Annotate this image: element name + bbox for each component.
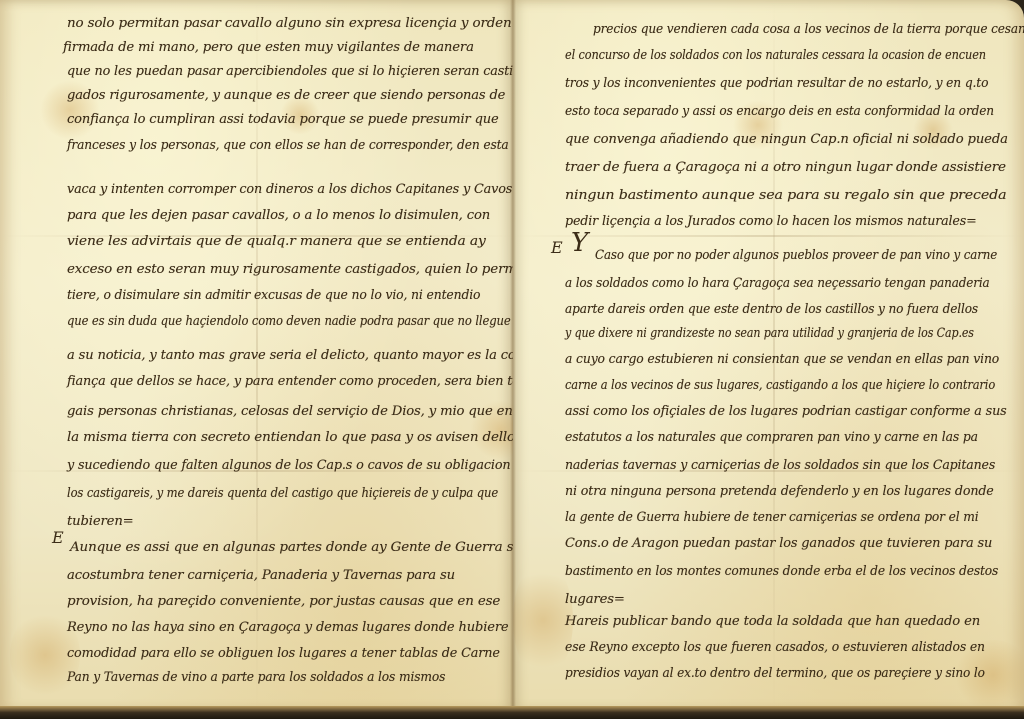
text-line: a los soldados como lo hara Çaragoça sea… xyxy=(565,274,990,294)
text-line: traer de fuera a Çaragoça ni a otro ning… xyxy=(565,158,1006,178)
text-line: a cuyo cargo estubieren ni consientan qu… xyxy=(565,350,999,370)
manuscript-spread: no solo permitan pasar cavallo alguno si… xyxy=(0,0,1024,719)
text-line: a su noticia, y tanto mas grave seria el… xyxy=(67,346,513,366)
text-line: Caso que por no poder algunos pueblos pr… xyxy=(595,246,997,266)
text-line: que es sin duda que haçiendolo como deve… xyxy=(67,312,511,332)
fold-line xyxy=(513,235,1024,237)
text-line: que convenga añadiendo que ningun Cap.n … xyxy=(565,130,1008,150)
text-line: Cons.o de Aragon puedan pastar los ganad… xyxy=(565,534,992,554)
text-line: lugares= xyxy=(565,590,625,610)
left-page: no solo permitan pasar cavallo alguno si… xyxy=(0,0,513,712)
text-line: estatutos a los naturales que compraren … xyxy=(565,428,978,448)
text-line: tubieren= xyxy=(67,512,134,532)
text-line: viene les advirtais que de qualq.r maner… xyxy=(67,232,486,252)
text-line: la gente de Guerra hubiere de tener carn… xyxy=(565,508,979,528)
text-line: que no les puedan pasar apercibiendoles … xyxy=(67,62,513,82)
text-line: ningun bastimento aunque sea para su reg… xyxy=(565,186,1006,206)
text-line: tiere, o disimulare sin admitir excusas … xyxy=(67,286,480,306)
text-line: vaca y intenten corromper con dineros a … xyxy=(67,180,512,200)
text-line: Hareis publicar bando que toda la soldad… xyxy=(565,612,980,632)
text-line: fiança que dellos se hace, y para entend… xyxy=(67,372,513,392)
text-line: Pan y Tavernas de vino a parte para los … xyxy=(67,668,445,688)
text-line: provision, ha pareçido conveniente, por … xyxy=(67,592,500,612)
text-line: gais personas christianas, celosas del s… xyxy=(67,402,513,422)
text-line: tros y los inconvenientes que podrian re… xyxy=(565,74,988,94)
text-line: franceses y los personas, que con ellos … xyxy=(67,136,509,156)
text-line: naderias tavernas y carniçerias de los s… xyxy=(565,456,995,476)
right-page: precios que vendieren cada cosa a los ve… xyxy=(513,0,1024,712)
text-line: assi como los ofiçiales de los lugares p… xyxy=(565,402,1007,422)
text-line: bastimento en los montes comunes donde e… xyxy=(565,562,998,582)
text-line: el concurso de los soldados con los natu… xyxy=(565,46,986,66)
margin-mark: E xyxy=(52,528,64,547)
book-gutter xyxy=(510,0,516,712)
text-line: firmada de mi mano, pero que esten muy v… xyxy=(63,38,474,58)
text-line: los castigareis, y me dareis quenta del … xyxy=(67,484,498,504)
text-line: y sucediendo que falten algunos de los C… xyxy=(67,456,511,476)
text-line: pedir liçençia a los Jurados como lo hac… xyxy=(565,212,977,232)
text-line: aparte dareis orden que este dentro de l… xyxy=(565,300,978,320)
text-line: confiança lo cumpliran assi todavia porq… xyxy=(67,110,499,130)
text-line: ese Reyno excepto los que fueren casados… xyxy=(565,638,985,658)
text-line: precios que vendieren cada cosa a los ve… xyxy=(593,20,1024,40)
text-line: no solo permitan pasar cavallo alguno si… xyxy=(67,14,512,34)
page-bottom-edge xyxy=(0,706,1024,719)
text-line: acostumbra tener carniçeria, Panaderia y… xyxy=(67,566,455,586)
text-line: la misma tierra con secreto entiendan lo… xyxy=(67,428,513,448)
text-line: carne a los vecinos de sus lugares, cast… xyxy=(565,376,995,396)
text-line: para que les dejen pasar cavallos, o a l… xyxy=(67,206,490,226)
text-line: exceso en esto seran muy rigurosamente c… xyxy=(67,260,513,280)
text-line: y que dixere ni grandizeste no sean para… xyxy=(565,324,974,344)
text-line: esto toca separado y assi os encargo dei… xyxy=(565,102,994,122)
text-line: comodidad para ello se obliguen los luga… xyxy=(67,644,500,664)
text-line: ni otra ninguna persona pretenda defende… xyxy=(565,482,994,502)
text-line: gados rigurosamente, y aunque es de cree… xyxy=(67,86,505,106)
margin-mark: E xyxy=(551,238,563,257)
text-line: Aunque es assi que en algunas partes don… xyxy=(70,538,513,558)
text-line: Reyno no las haya sino en Çaragoça y dem… xyxy=(67,618,508,638)
paper-stain xyxy=(513,560,573,680)
text-line: presidios vayan al ex.to dentro del term… xyxy=(565,664,985,684)
margin-mark: Y xyxy=(571,228,588,258)
